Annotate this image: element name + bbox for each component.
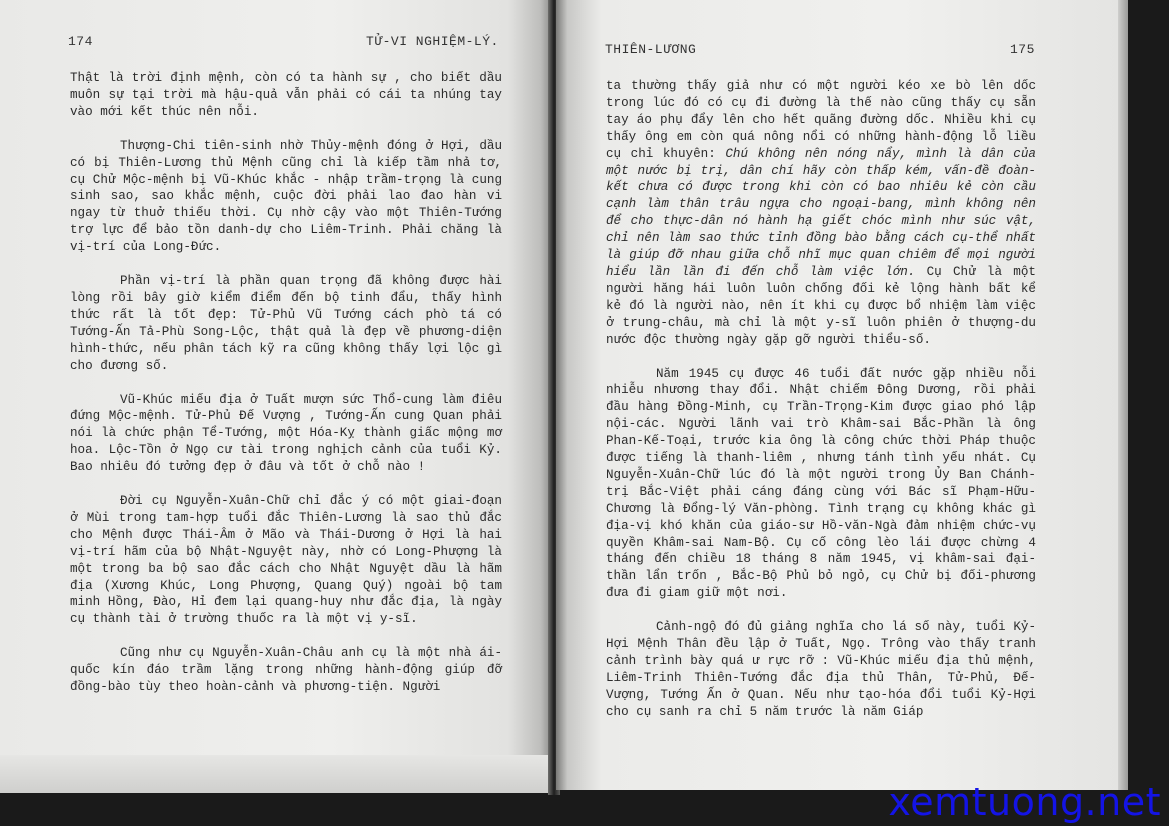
paragraph: Đời cụ Nguyễn-Xuân-Chữ chỉ đắc ý có một … xyxy=(70,493,502,628)
paragraph: Cảnh-ngộ đó đủ giảng nghĩa cho lá số này… xyxy=(606,619,1036,720)
paragraph: ta thường thấy giả như có một người kéo … xyxy=(606,78,1036,349)
page-edge xyxy=(1118,0,1128,790)
page-number-left: 174 xyxy=(68,34,93,49)
page-bottom-shadow xyxy=(0,755,552,793)
paragraph: Vũ-Khúc miếu địa ở Tuất mượn sức Thổ-cun… xyxy=(70,392,502,477)
book-spread: 174 TỬ-VI NGHIỆM-LÝ. Thật là trời định m… xyxy=(0,0,1169,826)
left-page-body: Thật là trời định mệnh, còn có ta hành s… xyxy=(70,70,502,713)
running-title-right: THIÊN-LƯƠNG xyxy=(605,42,696,57)
right-page: THIÊN-LƯƠNG 175 ta thường thấy giả như c… xyxy=(556,0,1124,790)
paragraph: Cũng như cụ Nguyễn-Xuân-Châu anh cụ là m… xyxy=(70,645,502,696)
paragraph: Thật là trời định mệnh, còn có ta hành s… xyxy=(70,70,502,121)
page-number-right: 175 xyxy=(1010,42,1035,57)
right-page-body: ta thường thấy giả như có một người kéo … xyxy=(606,78,1036,738)
left-page: 174 TỬ-VI NGHIỆM-LÝ. Thật là trời định m… xyxy=(0,0,552,793)
watermark: xemtuong.net xyxy=(888,780,1161,824)
paragraph: Thượng-Chi tiên-sinh nhờ Thủy-mệnh đóng … xyxy=(70,138,502,256)
paragraph: Năm 1945 cụ được 46 tuổi đất nước gặp nh… xyxy=(606,366,1036,603)
running-title-left: TỬ-VI NGHIỆM-LÝ. xyxy=(366,34,499,49)
quoted-advice: Chú không nên nóng nẩy, mình là dân của … xyxy=(606,147,1036,279)
paragraph: Phần vị-trí là phần quan trọng đã không … xyxy=(70,273,502,374)
